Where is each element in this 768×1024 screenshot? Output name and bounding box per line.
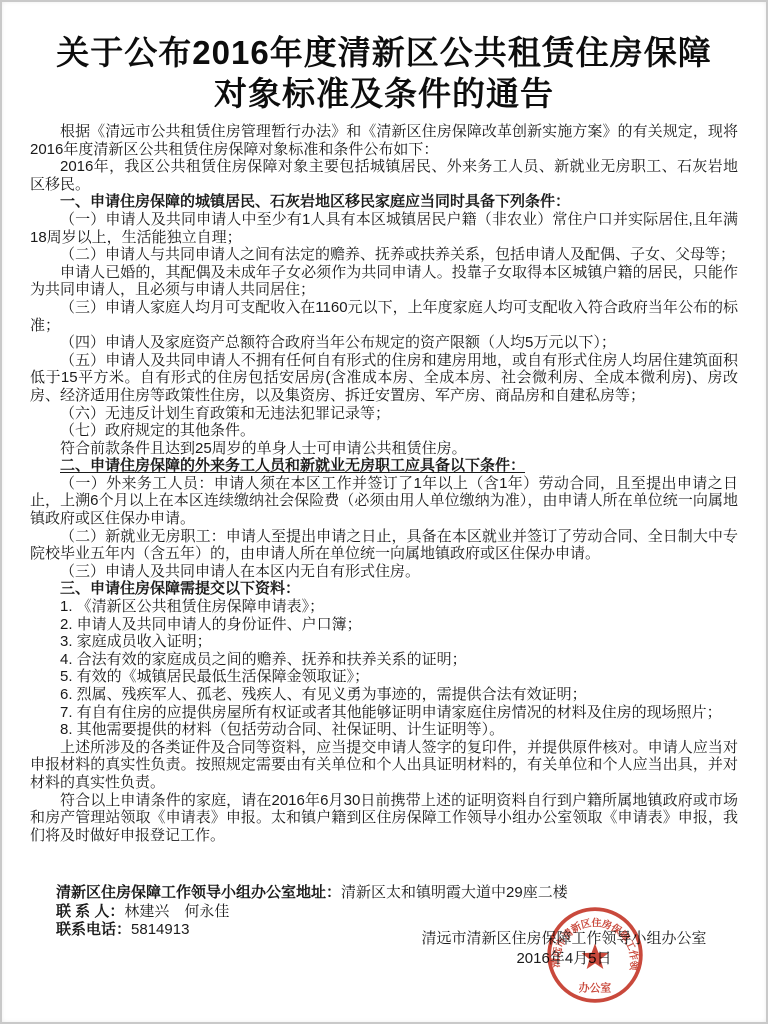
contact-person-value: 林建兴 何永佳 [124, 903, 229, 920]
notice-title-line1: 关于公布2016年度清新区公共租赁住房保障 [0, 32, 768, 73]
s1-item-7: （七）政府规定的其他条件。 [30, 422, 738, 440]
s1-item-5: （五）申请人及共同申请人不拥有任何自有形式的住房和建房用地，或自有形式住房人均居… [30, 352, 738, 405]
contact-address-line: 清新区住房保障工作领导小组办公室地址：清新区太和镇明霞大道中29座二楼 [56, 884, 568, 903]
notice-title-line2: 对象标准及条件的通告 [0, 73, 768, 114]
seal-bottom-text: 办公室 [579, 981, 612, 995]
signature-org: 清远市清新区住房保障工作领导小组办公室 [396, 929, 732, 949]
s1-item-1: （一）申请人及共同申请人中至少有1人具有本区城镇居民户籍（非农业）常住户口并实际… [30, 211, 738, 246]
para-intro-basis: 根据《清远市公共租赁住房管理暂行办法》和《清新区住房保障改革创新实施方案》的有关… [30, 123, 738, 158]
s3-item-1: 1. 《清新区公共租赁住房保障申请表》； [30, 598, 738, 616]
s2-item-2: （二）新就业无房职工：申请人至提出申请之日止，具备在本区就业并签订了劳动合同、全… [30, 528, 738, 563]
contact-phone-label: 联系电话： [56, 921, 131, 938]
s1-item-2-note: 申请人已婚的，其配偶及未成年子女必须作为共同申请人。投靠子女取得本区城镇户籍的居… [30, 264, 738, 299]
para-intro-scope: 2016年，我区公共租赁住房保障对象主要包括城镇居民、外来务工人员、新就业无房职… [30, 158, 738, 193]
notice-title: 关于公布2016年度清新区公共租赁住房保障 对象标准及条件的通告 [0, 32, 768, 114]
section-3-heading: 三、申请住房保障需提交以下资料： [30, 580, 738, 598]
section-2-heading: 二、申请住房保障的外来务工人员和新就业无房职工应具备以下条件： [30, 457, 738, 475]
s3-item-4: 4. 合法有效的家庭成员之间的赡养、抚养和扶养关系的证明； [30, 651, 738, 669]
para-verification: 上述所涉及的各类证件及合同等资料，应当提交申请人签字的复印件，并提供原件核对。申… [30, 739, 738, 792]
contact-person-label: 联 系 人： [56, 903, 124, 920]
s2-item-1: （一）外来务工人员：申请人须在本区工作并签订了1年以上（含1年）劳动合同，且至提… [30, 475, 738, 528]
s3-item-5: 5. 有效的《城镇居民最低生活保障金领取证》； [30, 668, 738, 686]
para-deadline: 符合以上申请条件的家庭，请在2016年6月30日前携带上述的证明资料自行到户籍所… [30, 792, 738, 845]
signature-block: 清远市清新区住房保障工作领导小组办公室 2016年4月5日 [396, 929, 732, 969]
contact-address-value: 清新区太和镇明霞大道中29座二楼 [341, 884, 568, 901]
s3-item-2: 2. 申请人及共同申请人的身份证件、户口簿； [30, 616, 738, 634]
contact-address-label: 清新区住房保障工作领导小组办公室地址： [56, 884, 341, 901]
s1-item-2: （二）申请人与共同申请人之间有法定的赡养、抚养或扶养关系，包括申请人及配偶、子女… [30, 246, 738, 264]
s2-item-3: （三）申请人及共同申请人在本区内无自有形式住房。 [30, 563, 738, 581]
s3-item-8: 8. 其他需要提供的材料（包括劳动合同、社保证明、计生证明等）。 [30, 721, 738, 739]
s1-single-note: 符合前款条件且达到25周岁的单身人士可申请公共租赁住房。 [30, 440, 738, 458]
s3-item-6: 6. 烈属、残疾军人、孤老、残疾人、有见义勇为事迹的，需提供合法有效证明； [30, 686, 738, 704]
s3-item-3: 3. 家庭成员收入证明； [30, 633, 738, 651]
contact-phone-value: 5814913 [131, 921, 189, 938]
s1-item-4: （四）申请人及家庭资产总额符合政府当年公布规定的资产限额（人均5万元以下）； [30, 334, 738, 352]
document-body: 根据《清远市公共租赁住房管理暂行办法》和《清新区住房保障改革创新实施方案》的有关… [30, 123, 738, 844]
s1-item-6: （六）无违反计划生育政策和无违法犯罪记录等； [30, 405, 738, 423]
s3-item-7: 7. 有自有住房的应提供房屋所有权证或者其他能够证明申请家庭住房情况的材料及住房… [30, 704, 738, 722]
s1-item-3: （三）申请人家庭人均月可支配收入在1160元以下，上年度家庭人均可支配收入符合政… [30, 299, 738, 334]
contact-person-line: 联 系 人：林建兴 何永佳 [56, 903, 568, 922]
scanned-notice-page: { "page": { "title_line1": "关于公布2016年度清新… [0, 0, 768, 1024]
signature-date: 2016年4月5日 [396, 949, 732, 969]
section-1-heading: 一、申请住房保障的城镇居民、石灰岩地区移民家庭应当同时具备下列条件： [30, 193, 738, 211]
